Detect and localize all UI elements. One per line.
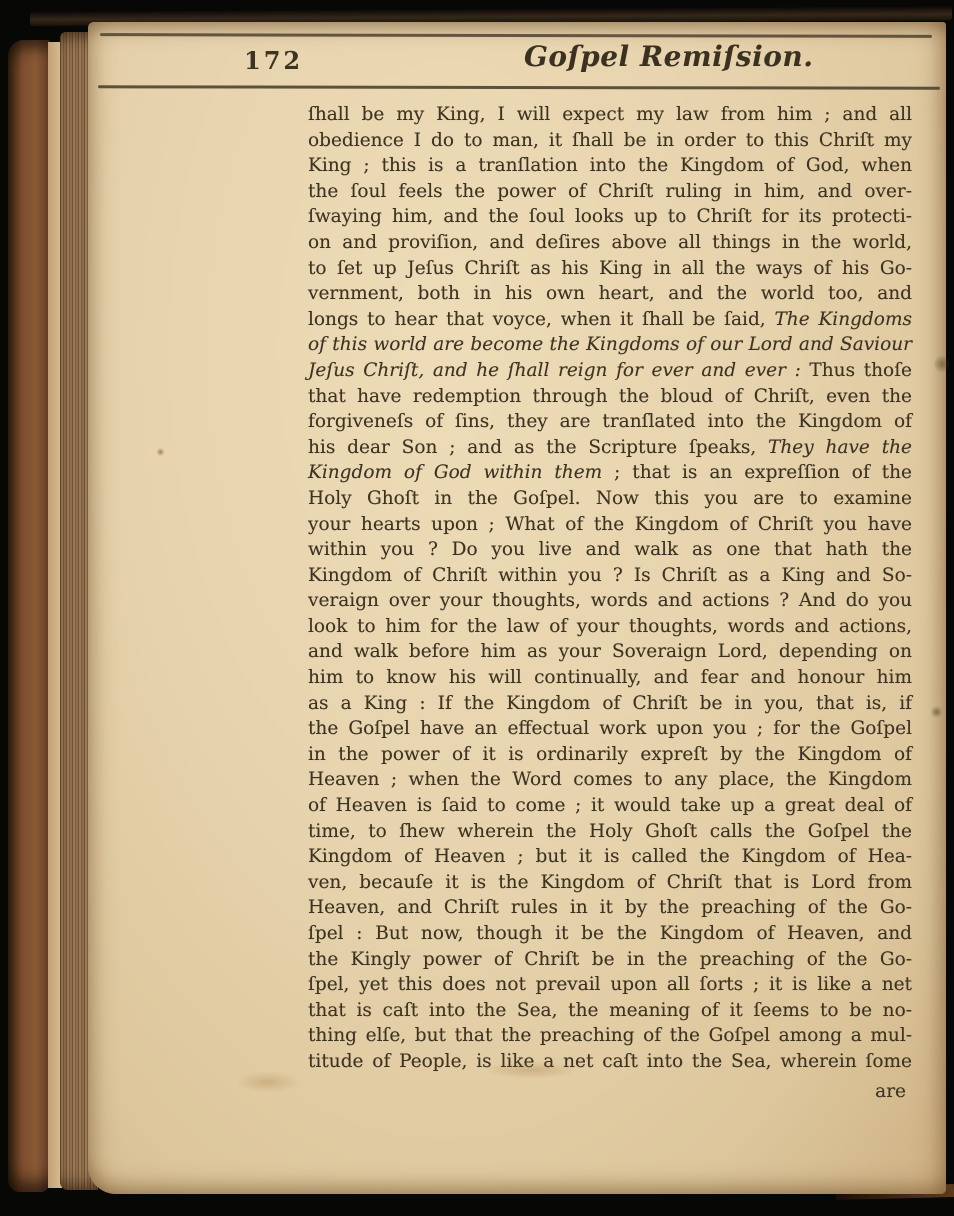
- text-line: ſwaying him, and the ſoul looks up to Ch…: [308, 204, 912, 230]
- text-line: Kingdom of Heaven ; but it is called the…: [308, 844, 912, 870]
- text-line: of this world are become the Kingdoms of…: [308, 332, 912, 358]
- text-line: Kingdom of God within them ; that is an …: [308, 460, 912, 486]
- text-line: the Kingly power of Chriſt be in the pre…: [308, 947, 912, 973]
- book-spine: [8, 40, 50, 1192]
- text-line: ven, becauſe it is the Kingdom of Chriſt…: [308, 870, 912, 896]
- text-line: your hearts upon ; What of the Kingdom o…: [308, 512, 912, 538]
- page-number: 172: [244, 46, 303, 75]
- text-line: in the power of it is ordinarily expreſt…: [308, 742, 912, 768]
- text-line: on and proviſion, and deſires above all …: [308, 230, 912, 256]
- paper-smudge: [930, 706, 943, 718]
- text-line: Jeſus Chriſt, and he ſhall reign for eve…: [308, 358, 912, 384]
- text-line: veraign over your thoughts, words and ac…: [308, 588, 912, 614]
- text-line: thing elſe, but that the preaching of th…: [308, 1023, 912, 1049]
- running-title: Goſpel Remiſsion.: [524, 40, 813, 73]
- text-line: Heaven ; when the Word comes to any plac…: [308, 767, 912, 793]
- text-line: the ſoul feels the power of Chriſt rulin…: [308, 179, 912, 205]
- text-line: ſhall be my King, I will expect my law f…: [308, 102, 912, 128]
- paper-speck: [156, 448, 165, 456]
- text-line: and walk before him as your Soveraign Lo…: [308, 639, 912, 665]
- text-line: Heaven, and Chriſt rules in it by the pr…: [308, 895, 912, 921]
- text-line: Holy Ghoſt in the Goſpel. Now this you a…: [308, 486, 912, 512]
- text-line: vernment, both in his own heart, and the…: [308, 281, 912, 307]
- book-page: 172 Goſpel Remiſsion. ſhall be my King, …: [88, 22, 946, 1194]
- text-line: King ; this is a tranſlation into the Ki…: [308, 153, 912, 179]
- text-line: that is caſt into the Sea, the meaning o…: [308, 998, 912, 1024]
- text-line: time, to ſhew wherein the Holy Ghoſt cal…: [308, 819, 912, 845]
- text-line: that have redemption through the bloud o…: [308, 384, 912, 410]
- text-line: forgiveneſs of ſins, they are tranſlated…: [308, 409, 912, 435]
- text-line: look to him for the law of your thoughts…: [308, 614, 912, 640]
- text-line: his dear Son ; and as the Scripture ſpea…: [308, 435, 912, 461]
- text-line: titude of People, is like a net caſt int…: [308, 1049, 912, 1075]
- top-border-rule: [100, 33, 932, 38]
- text-line: longs to hear that voyce, when it ſhall …: [308, 307, 912, 333]
- paper-stain: [238, 1072, 298, 1092]
- text-line: of Heaven is ſaid to come ; it would tak…: [308, 793, 912, 819]
- text-line: the Goſpel have an effectual work upon y…: [308, 716, 912, 742]
- text-line: Kingdom of Chriſt within you ? Is Chriſt…: [308, 563, 912, 589]
- paper-smudge: [934, 354, 950, 374]
- text-line: as a King : If the Kingdom of Chriſt be …: [308, 691, 912, 717]
- text-line: him to know his will continually, and fe…: [308, 665, 912, 691]
- catchword-row: are: [308, 1078, 912, 1105]
- body-text: ſhall be my King, I will expect my law f…: [308, 102, 912, 1075]
- catchword: are: [308, 1079, 912, 1105]
- text-line: ſpel : But now, though it be the Kingdom…: [308, 921, 912, 947]
- paper-stain: [486, 1062, 576, 1078]
- text-line: within you ? Do you live and walk as one…: [308, 537, 912, 563]
- header-rule: [98, 85, 940, 89]
- text-line: to ſet up Jeſus Chriſt as his King in al…: [308, 256, 912, 282]
- text-line: ſpel, yet this does not prevail upon all…: [308, 972, 912, 998]
- text-line: obedience I do to man, it ſhall be in or…: [308, 128, 912, 154]
